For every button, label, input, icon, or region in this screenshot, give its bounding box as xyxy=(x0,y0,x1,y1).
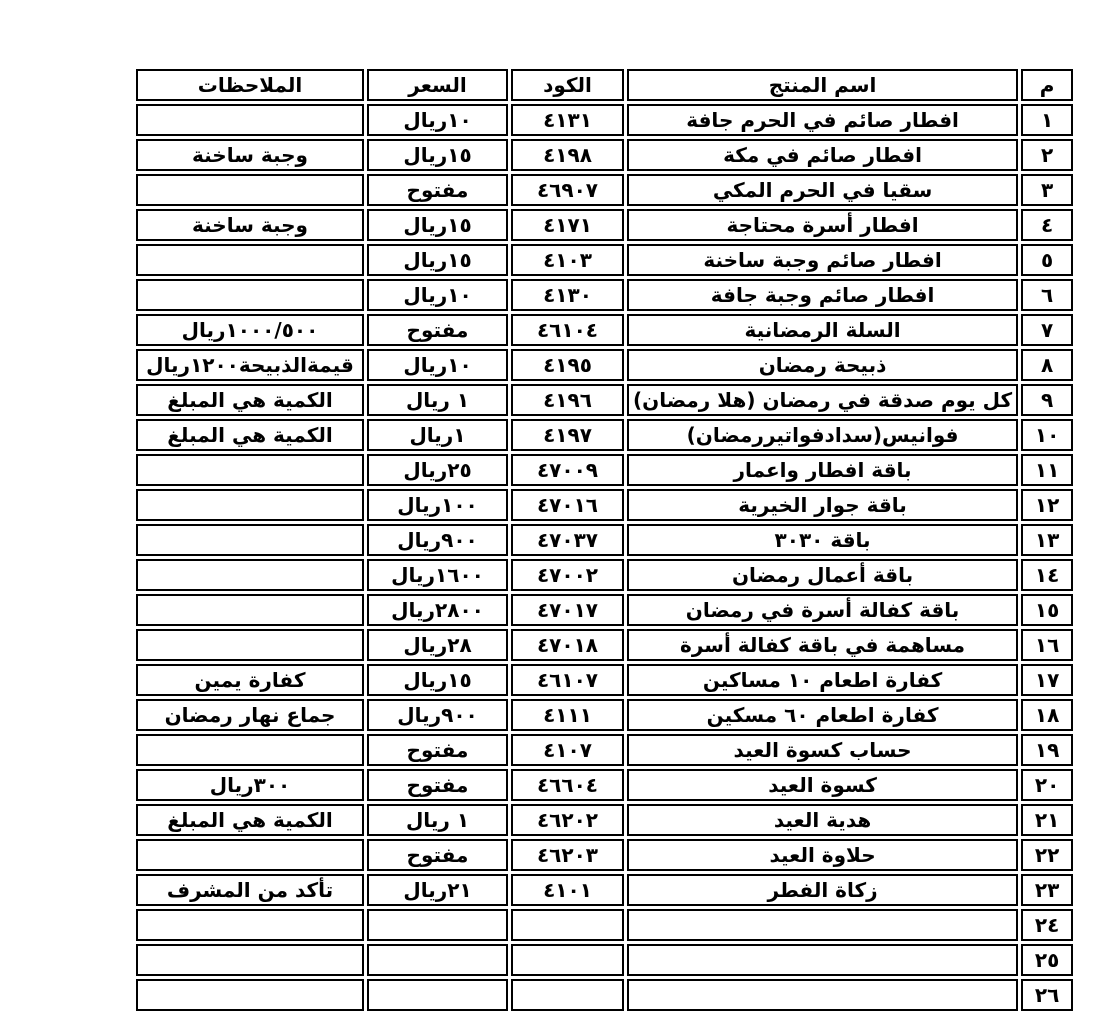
table-row: ٧السلة الرمضانية٤٦١٠٤مفتوح١٠٠٠/٥٠٠ريال xyxy=(136,314,1073,346)
table-row: ١٦مساهمة في باقة كفالة أسرة٤٧٠١٨٢٨ريال xyxy=(136,629,1073,661)
code-cell: ٤١٣١ xyxy=(511,104,624,136)
table-row: ٣سقيا في الحرم المكي٤٦٩٠٧مفتوح xyxy=(136,174,1073,206)
row-number-cell: ١٥ xyxy=(1021,594,1073,626)
product-name-cell: هدية العيد xyxy=(627,804,1018,836)
row-number-cell: ١٤ xyxy=(1021,559,1073,591)
product-name-cell: مساهمة في باقة كفالة أسرة xyxy=(627,629,1018,661)
notes-cell xyxy=(136,279,364,311)
price-cell: ١٠٠ريال xyxy=(367,489,508,521)
table-row: ٢٥ xyxy=(136,944,1073,976)
code-cell: ٤٧٠٠٢ xyxy=(511,559,624,591)
code-cell: ٤١٠٧ xyxy=(511,734,624,766)
code-cell: ٤٧٠٠٩ xyxy=(511,454,624,486)
table-row: ٢٤ xyxy=(136,909,1073,941)
product-name-cell: افطار صائم وجبة ساخنة xyxy=(627,244,1018,276)
row-number-cell: ١٣ xyxy=(1021,524,1073,556)
table-row: ١افطار صائم في الحرم جافة٤١٣١١٠ريال xyxy=(136,104,1073,136)
notes-cell xyxy=(136,839,364,871)
row-number-cell: ٣ xyxy=(1021,174,1073,206)
product-name-cell: باقة جوار الخيرية xyxy=(627,489,1018,521)
price-cell: ٢٨ريال xyxy=(367,629,508,661)
table-row: ٦افطار صائم وجبة جافة٤١٣٠١٠ريال xyxy=(136,279,1073,311)
product-name-cell: باقة أعمال رمضان xyxy=(627,559,1018,591)
price-cell: ٩٠٠ريال xyxy=(367,524,508,556)
product-name-cell: ذبيحة رمضان xyxy=(627,349,1018,381)
code-cell: ٤١٩٥ xyxy=(511,349,624,381)
notes-cell: قيمةالذبيحة١٢٠٠ريال xyxy=(136,349,364,381)
notes-cell xyxy=(136,944,364,976)
product-name-cell: افطار صائم في مكة xyxy=(627,139,1018,171)
product-name-cell: افطار صائم في الحرم جافة xyxy=(627,104,1018,136)
product-name-cell: باقة افطار واعمار xyxy=(627,454,1018,486)
price-cell: ١ريال xyxy=(367,419,508,451)
code-cell xyxy=(511,909,624,941)
product-name-cell: كسوة العيد xyxy=(627,769,1018,801)
table-row: ٤افطار أسرة محتاجة٤١٧١١٥ريالوجبة ساخنة xyxy=(136,209,1073,241)
notes-cell xyxy=(136,559,364,591)
row-number-cell: ٧ xyxy=(1021,314,1073,346)
code-cell xyxy=(511,944,624,976)
price-cell: ١٥ريال xyxy=(367,209,508,241)
row-number-cell: ٨ xyxy=(1021,349,1073,381)
code-cell: ٤٦١٠٧ xyxy=(511,664,624,696)
header-product-name: اسم المنتج xyxy=(627,69,1018,101)
table-body: ١افطار صائم في الحرم جافة٤١٣١١٠ريال٢افطا… xyxy=(136,104,1073,1011)
notes-cell: الكمية هي المبلغ xyxy=(136,419,364,451)
row-number-cell: ٢٤ xyxy=(1021,909,1073,941)
table-row: ٢افطار صائم في مكة٤١٩٨١٥ريالوجبة ساخنة xyxy=(136,139,1073,171)
row-number-cell: ١٦ xyxy=(1021,629,1073,661)
product-name-cell: كل يوم صدقة في رمضان (هلا رمضان) xyxy=(627,384,1018,416)
notes-cell xyxy=(136,104,364,136)
table-row: ٩كل يوم صدقة في رمضان (هلا رمضان)٤١٩٦١ ر… xyxy=(136,384,1073,416)
table-row: ١١باقة افطار واعمار٤٧٠٠٩٢٥ريال xyxy=(136,454,1073,486)
price-cell: ٢٥ريال xyxy=(367,454,508,486)
price-cell: ٢١ريال xyxy=(367,874,508,906)
code-cell: ٤٧٠١٦ xyxy=(511,489,624,521)
product-name-cell xyxy=(627,944,1018,976)
code-cell: ٤٦٢٠٢ xyxy=(511,804,624,836)
price-cell: ١٥ريال xyxy=(367,139,508,171)
product-name-cell: افطار صائم وجبة جافة xyxy=(627,279,1018,311)
notes-cell: ١٠٠٠/٥٠٠ريال xyxy=(136,314,364,346)
row-number-cell: ١٠ xyxy=(1021,419,1073,451)
row-number-cell: ٢ xyxy=(1021,139,1073,171)
price-cell xyxy=(367,944,508,976)
notes-cell xyxy=(136,454,364,486)
price-cell: مفتوح xyxy=(367,839,508,871)
notes-cell: تأكد من المشرف xyxy=(136,874,364,906)
price-cell: ٩٠٠ريال xyxy=(367,699,508,731)
product-name-cell: السلة الرمضانية xyxy=(627,314,1018,346)
notes-cell: كفارة يمين xyxy=(136,664,364,696)
notes-cell xyxy=(136,174,364,206)
header-row: م اسم المنتج الكود السعر الملاحظات xyxy=(136,69,1073,101)
product-name-cell: باقة كفالة أسرة في رمضان xyxy=(627,594,1018,626)
product-name-cell: حلاوة العيد xyxy=(627,839,1018,871)
document-page: { "table": { "headers": { "num": "م", "n… xyxy=(0,0,1093,1017)
code-cell: ٤١٩٨ xyxy=(511,139,624,171)
price-cell: ١٠ريال xyxy=(367,279,508,311)
code-cell: ٤٦٢٠٣ xyxy=(511,839,624,871)
price-cell xyxy=(367,909,508,941)
price-cell: مفتوح xyxy=(367,734,508,766)
product-name-cell: حساب كسوة العيد xyxy=(627,734,1018,766)
table-row: ٢٢حلاوة العيد٤٦٢٠٣مفتوح xyxy=(136,839,1073,871)
notes-cell: ٣٠٠ريال xyxy=(136,769,364,801)
row-number-cell: ٢١ xyxy=(1021,804,1073,836)
code-cell: ٤١٠٣ xyxy=(511,244,624,276)
table-row: ٢٠كسوة العيد٤٦٦٠٤مفتوح٣٠٠ريال xyxy=(136,769,1073,801)
row-number-cell: ٤ xyxy=(1021,209,1073,241)
notes-cell: وجبة ساخنة xyxy=(136,139,364,171)
header-number: م xyxy=(1021,69,1073,101)
product-name-cell: باقة ٣٠٣٠ xyxy=(627,524,1018,556)
row-number-cell: ١٨ xyxy=(1021,699,1073,731)
code-cell xyxy=(511,979,624,1011)
row-number-cell: ١٩ xyxy=(1021,734,1073,766)
code-cell: ٤٧٠٣٧ xyxy=(511,524,624,556)
row-number-cell: ٢٠ xyxy=(1021,769,1073,801)
code-cell: ٤١١١ xyxy=(511,699,624,731)
row-number-cell: ٢٥ xyxy=(1021,944,1073,976)
price-cell: ١٥ريال xyxy=(367,244,508,276)
row-number-cell: ٢٦ xyxy=(1021,979,1073,1011)
product-name-cell: كفارة اطعام ١٠ مساكين xyxy=(627,664,1018,696)
table-row: ٢١هدية العيد٤٦٢٠٢١ ريالالكمية هي المبلغ xyxy=(136,804,1073,836)
product-name-cell xyxy=(627,979,1018,1011)
notes-cell xyxy=(136,524,364,556)
table-row: ٨ذبيحة رمضان٤١٩٥١٠ريالقيمةالذبيحة١٢٠٠ريا… xyxy=(136,349,1073,381)
row-number-cell: ١ xyxy=(1021,104,1073,136)
code-cell: ٤١٩٧ xyxy=(511,419,624,451)
table-row: ١٣باقة ٣٠٣٠٤٧٠٣٧٩٠٠ريال xyxy=(136,524,1073,556)
row-number-cell: ٢٣ xyxy=(1021,874,1073,906)
price-cell xyxy=(367,979,508,1011)
price-cell: ١ ريال xyxy=(367,384,508,416)
product-name-cell: افطار أسرة محتاجة xyxy=(627,209,1018,241)
price-cell: ٢٨٠٠ريال xyxy=(367,594,508,626)
code-cell: ٤١٩٦ xyxy=(511,384,624,416)
row-number-cell: ٩ xyxy=(1021,384,1073,416)
table-row: ٥افطار صائم وجبة ساخنة٤١٠٣١٥ريال xyxy=(136,244,1073,276)
notes-cell xyxy=(136,594,364,626)
notes-cell xyxy=(136,734,364,766)
row-number-cell: ١٢ xyxy=(1021,489,1073,521)
products-price-table: م اسم المنتج الكود السعر الملاحظات ١افطا… xyxy=(133,66,1076,1014)
product-name-cell: فوانيس(سدادفواتيررمضان) xyxy=(627,419,1018,451)
notes-cell xyxy=(136,629,364,661)
header-price: السعر xyxy=(367,69,508,101)
price-cell: مفتوح xyxy=(367,769,508,801)
notes-cell xyxy=(136,909,364,941)
notes-cell: جماع نهار رمضان xyxy=(136,699,364,731)
price-cell: ١٠ريال xyxy=(367,349,508,381)
table-row: ١٥باقة كفالة أسرة في رمضان٤٧٠١٧٢٨٠٠ريال xyxy=(136,594,1073,626)
table-row: ٢٦ xyxy=(136,979,1073,1011)
notes-cell: الكمية هي المبلغ xyxy=(136,384,364,416)
code-cell: ٤٦١٠٤ xyxy=(511,314,624,346)
row-number-cell: ٦ xyxy=(1021,279,1073,311)
price-cell: ١٦٠٠ريال xyxy=(367,559,508,591)
code-cell: ٤٦٩٠٧ xyxy=(511,174,624,206)
notes-cell xyxy=(136,489,364,521)
table-row: ٢٣زكاة الفطر٤١٠١٢١ريالتأكد من المشرف xyxy=(136,874,1073,906)
row-number-cell: ٢٢ xyxy=(1021,839,1073,871)
row-number-cell: ١١ xyxy=(1021,454,1073,486)
row-number-cell: ١٧ xyxy=(1021,664,1073,696)
table-row: ١٧كفارة اطعام ١٠ مساكين٤٦١٠٧١٥ريالكفارة … xyxy=(136,664,1073,696)
table-row: ١٩حساب كسوة العيد٤١٠٧مفتوح xyxy=(136,734,1073,766)
notes-cell: الكمية هي المبلغ xyxy=(136,804,364,836)
table-row: ١٤باقة أعمال رمضان٤٧٠٠٢١٦٠٠ريال xyxy=(136,559,1073,591)
product-name-cell: زكاة الفطر xyxy=(627,874,1018,906)
code-cell: ٤٦٦٠٤ xyxy=(511,769,624,801)
code-cell: ٤١٣٠ xyxy=(511,279,624,311)
table-sheet: م اسم المنتج الكود السعر الملاحظات ١افطا… xyxy=(133,66,1076,1014)
header-code: الكود xyxy=(511,69,624,101)
code-cell: ٤٧٠١٧ xyxy=(511,594,624,626)
price-cell: ١٥ريال xyxy=(367,664,508,696)
table-row: ١٠فوانيس(سدادفواتيررمضان)٤١٩٧١ريالالكمية… xyxy=(136,419,1073,451)
table-row: ١٢باقة جوار الخيرية٤٧٠١٦١٠٠ريال xyxy=(136,489,1073,521)
price-cell: مفتوح xyxy=(367,174,508,206)
price-cell: ١ ريال xyxy=(367,804,508,836)
code-cell: ٤١٧١ xyxy=(511,209,624,241)
product-name-cell xyxy=(627,909,1018,941)
notes-cell: وجبة ساخنة xyxy=(136,209,364,241)
product-name-cell: سقيا في الحرم المكي xyxy=(627,174,1018,206)
header-notes: الملاحظات xyxy=(136,69,364,101)
price-cell: ١٠ريال xyxy=(367,104,508,136)
price-cell: مفتوح xyxy=(367,314,508,346)
code-cell: ٤٧٠١٨ xyxy=(511,629,624,661)
code-cell: ٤١٠١ xyxy=(511,874,624,906)
row-number-cell: ٥ xyxy=(1021,244,1073,276)
table-row: ١٨كفارة اطعام ٦٠ مسكين٤١١١٩٠٠ريالجماع نه… xyxy=(136,699,1073,731)
notes-cell xyxy=(136,979,364,1011)
notes-cell xyxy=(136,244,364,276)
product-name-cell: كفارة اطعام ٦٠ مسكين xyxy=(627,699,1018,731)
